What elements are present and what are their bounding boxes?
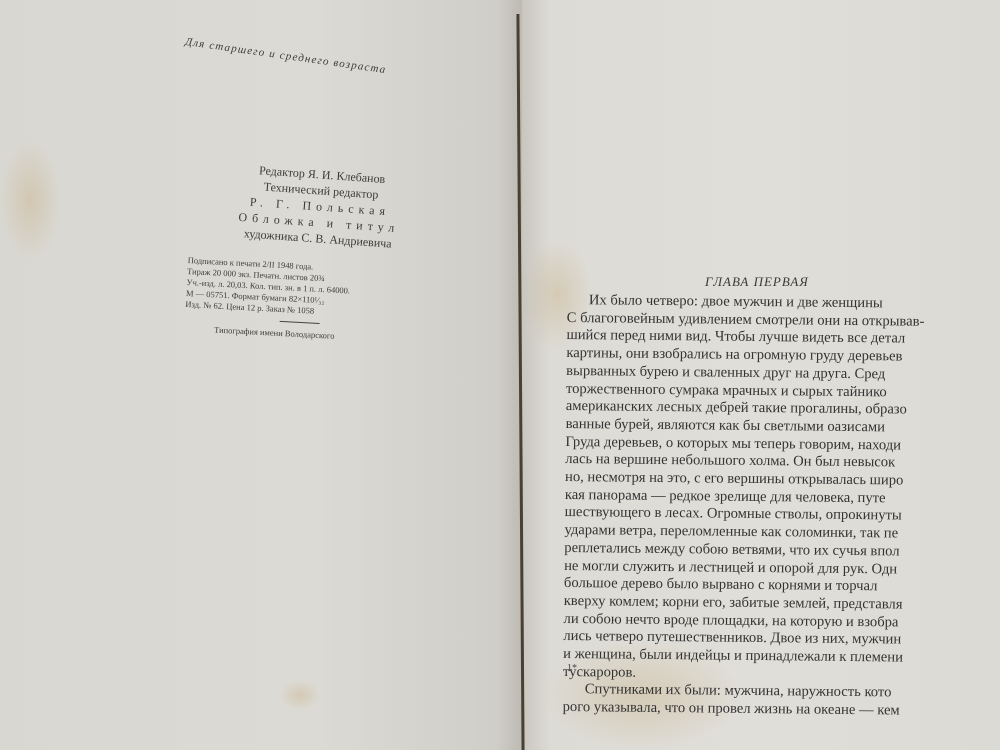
age-note: Для старшего и среднего возраста [184,36,387,76]
publication-info: Подписано к печати 2/II 1948 года. Тираж… [184,255,418,346]
chapter-body-text: Их было четверо: двое мужчин и две женщи… [563,292,1000,722]
paper-stain [280,680,320,710]
paper-stain [0,140,60,260]
left-page: Для старшего и среднего возраста Редакто… [0,0,522,750]
printer-name: Типография имени Володарского [214,324,414,345]
chapter-title: ГЛАВА ПЕРВАЯ [705,274,809,290]
separator-rule [280,321,320,324]
credits-block: Редактор Я. И. Клебанов Технический реда… [222,160,417,253]
signature-mark: 1* [567,663,577,674]
